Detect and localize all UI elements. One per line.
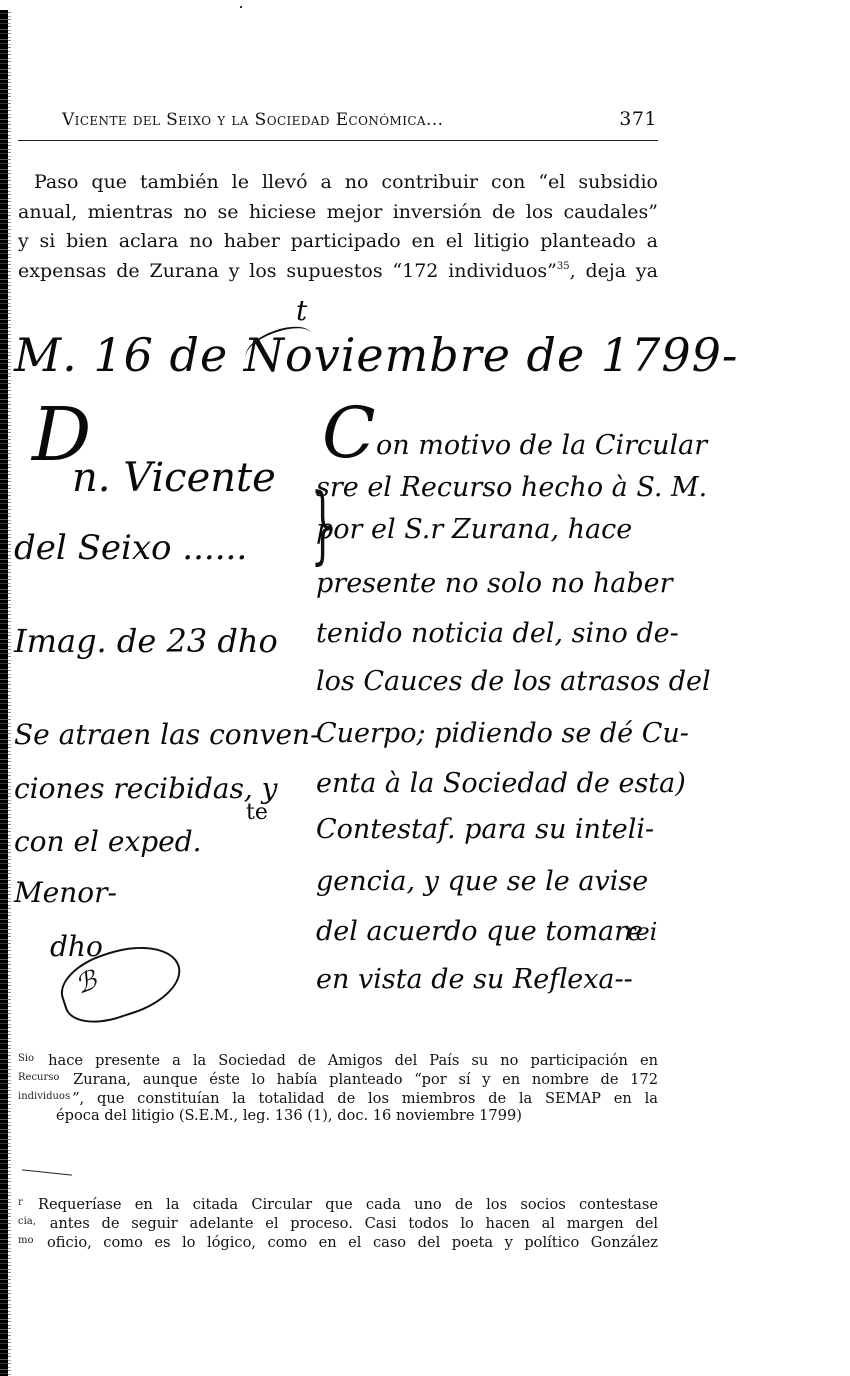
body-line: Paso que también le llevó a no contribui… (18, 168, 658, 198)
footnote-line: Recurso Zurana, aunque éste lo había pla… (18, 1069, 658, 1088)
footnote-margin-mark: cia, (18, 1216, 36, 1227)
running-head: Vicente del Seixo y la Sociedad Económic… (62, 108, 657, 138)
body-paragraph: Paso que también le llevó a no contribui… (18, 168, 658, 286)
manuscript-date-superscript: t (296, 294, 307, 327)
footnote-text: hace presente a la Sociedad de Amigos de… (48, 1052, 658, 1069)
footnote-margin-mark: Sio (18, 1053, 34, 1064)
scan-speck (240, 6, 242, 8)
manuscript-name-line-2: del Seixo ...... (14, 528, 247, 568)
manuscript-right-line: tenido noticia del, sino de- (316, 618, 679, 649)
body-line: anual, mientras no se hiciese mejor inve… (18, 198, 658, 228)
footnote-line: Sio hace presente a la Sociedad de Amigo… (18, 1050, 658, 1069)
footnote-separator (22, 1169, 72, 1175)
manuscript-right-initial: C (322, 392, 376, 474)
footnote-text: antes de seguir adelante el proceso. Cas… (50, 1215, 658, 1232)
footnote-margin-mark: r (18, 1197, 23, 1208)
manuscript-right-line: por el S.r Zurana, hace (316, 514, 632, 545)
footnote-margin-mark: Recurso (18, 1072, 59, 1083)
manuscript-right-line: los Cauces de los atrasos del (316, 666, 711, 697)
manuscript-right-line: gencia, y que se le avise (316, 866, 648, 897)
footnote-text: ”, que constituían la totalidad de los m… (72, 1090, 658, 1107)
manuscript-right-line: sre el Recurso hecho à S. M. (316, 472, 707, 503)
manuscript-right-line: del acuerdo que tomare (316, 916, 643, 947)
manuscript-right-line: on motivo de la Circular (376, 430, 707, 461)
manuscript-left-line: con el exped. (14, 825, 202, 858)
manuscript-name-line-1: n. Vicente (72, 455, 276, 501)
footnote-36: r Requeríase en la citada Circular que c… (18, 1194, 658, 1251)
header-rule (18, 140, 658, 141)
manuscript-right-line: en vista de su Reflexa-- (316, 964, 633, 995)
footnote-reference[interactable]: 35 (557, 261, 570, 272)
footnote-text: Requeríase en la citada Circular que cad… (38, 1196, 658, 1213)
body-line: y si bien aclara no haber participado en… (18, 227, 658, 257)
page-number: 371 (619, 108, 657, 130)
manuscript-left-line: Se atraen las conven- (14, 718, 320, 751)
footnote-line: cia, antes de seguir adelante el proceso… (18, 1213, 658, 1232)
binding-noise (8, 10, 11, 1376)
manuscript-right-line: Cuerpo; pidiendo se dé Cu- (316, 718, 689, 749)
footnote-line: mo oficio, como es lo lógico, como en el… (18, 1232, 658, 1251)
running-title: Vicente del Seixo y la Sociedad Económic… (62, 110, 443, 130)
footnote-line: individuos”, que constituían la totalida… (18, 1088, 658, 1107)
manuscript-left-line: Menor- (14, 876, 117, 909)
footnote-line: r Requeríase en la citada Circular que c… (18, 1194, 658, 1213)
manuscript-right-line: enta à la Sociedad de esta) (316, 768, 686, 799)
manuscript-left-line: Imag. de 23 dho (14, 622, 278, 660)
footnote-text: oficio, como es lo lógico, como en el ca… (47, 1234, 658, 1251)
manuscript-right-line: presente no solo no haber (316, 568, 673, 599)
book-binding-shadow (0, 10, 8, 1376)
manuscript-superscript-te: te (246, 800, 268, 825)
manuscript-facsimile: t M. 16 de Noviembre de 1799- D n. Vicen… (14, 300, 674, 1040)
footnote-margin-mark: mo (18, 1235, 34, 1246)
footnote-margin-mark: individuos (18, 1091, 70, 1102)
manuscript-date-line: M. 16 de Noviembre de 1799- (14, 328, 738, 382)
body-line-text: expensas de Zurana y los supuestos “172 … (18, 260, 557, 282)
manuscript-right-line: Contestaf. para su inteli- (316, 814, 654, 845)
footnote-line: época del litigio (S.E.M., leg. 136 (1),… (18, 1107, 658, 1124)
manuscript-left-line: ciones recibidas, y (14, 772, 277, 805)
body-line: expensas de Zurana y los supuestos “172 … (18, 257, 658, 287)
body-line-tail: , deja ya (570, 260, 658, 282)
manuscript-superscript-rei: rei (624, 918, 657, 946)
footnote-35: Sio hace presente a la Sociedad de Amigo… (18, 1050, 658, 1124)
footnote-text: Zurana, aunque éste lo había planteado “… (73, 1071, 658, 1088)
